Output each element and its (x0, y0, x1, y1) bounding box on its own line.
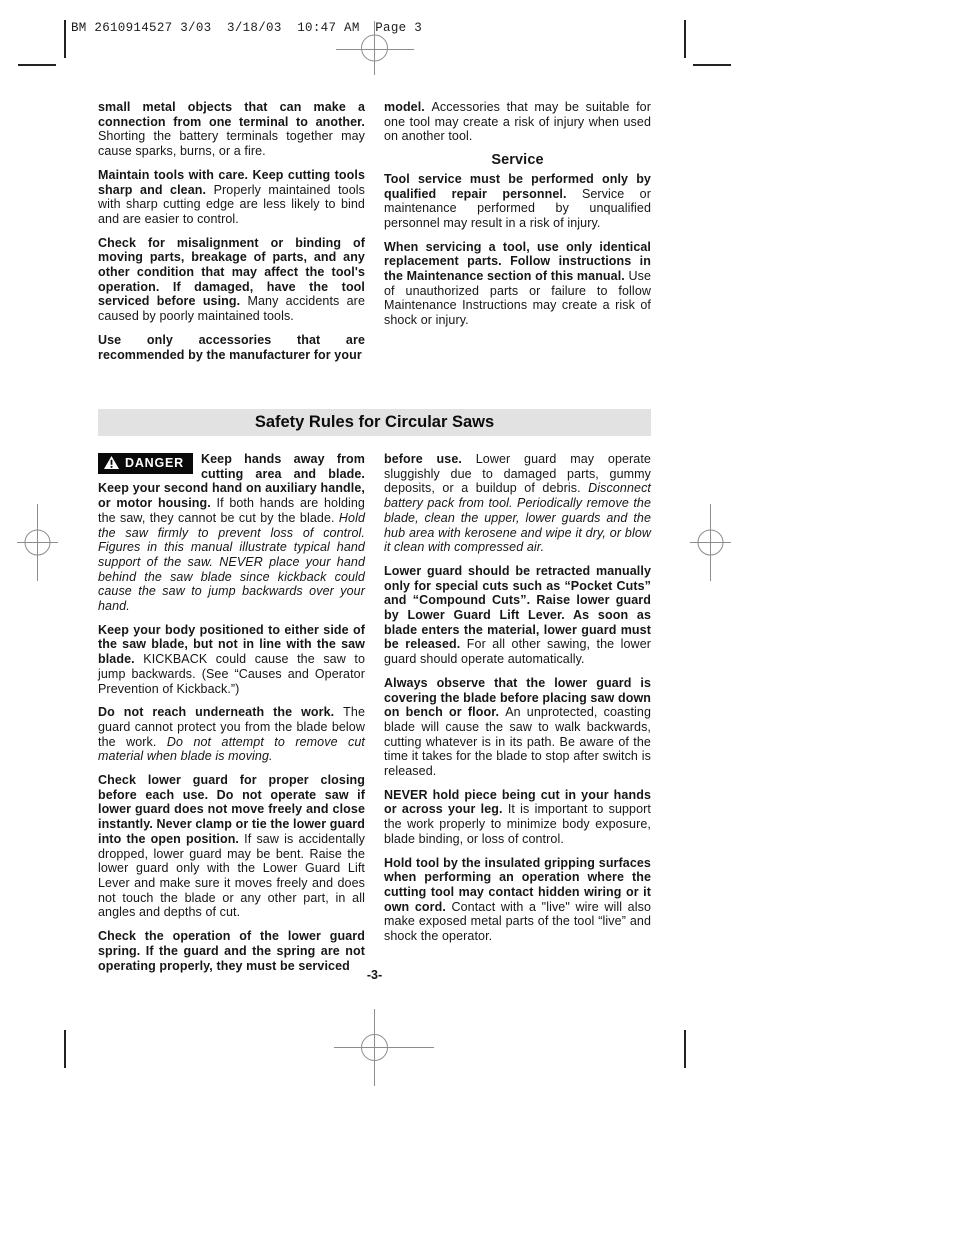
paragraph: Do not reach underneath the work. The gu… (98, 705, 365, 764)
paragraph: Keep your body positioned to either side… (98, 623, 365, 697)
danger-badge: DANGER (98, 453, 193, 474)
paragraph: before use. Lower guard may operate slug… (384, 452, 651, 555)
text-segment: Do not reach underneath the work. (98, 705, 343, 719)
text-column-right: before use. Lower guard may operate slug… (384, 452, 651, 982)
paragraph: Maintain tools with care. Keep cutting t… (98, 168, 365, 227)
text-segment: Check the operation of the lower guard s… (98, 929, 365, 972)
crop-mark (684, 20, 686, 58)
text-segment: model. (384, 100, 431, 114)
registration-mark-right (690, 504, 731, 581)
text-segment: Hold the saw firmly to prevent loss of c… (98, 511, 365, 613)
text-segment: small metal objects that can make a conn… (98, 100, 365, 129)
paragraph: Check for misalignment or binding of mov… (98, 236, 365, 324)
section-title-bar: Safety Rules for Circular Saws (98, 409, 651, 436)
paragraph: Use only accessories that are recommende… (98, 333, 365, 362)
service-heading: Service (384, 153, 651, 168)
text-segment: Service (491, 152, 543, 168)
paragraph: Lower guard should be retracted manually… (384, 564, 651, 667)
registration-mark-left (17, 504, 58, 581)
section-title: Safety Rules for Circular Saws (255, 413, 494, 431)
paragraph: When servicing a tool, use only identica… (384, 240, 651, 328)
paragraph: model. Accessories that may be suitable … (384, 100, 651, 144)
crop-mark (18, 64, 56, 66)
registration-mark-bottom (334, 1009, 434, 1086)
crop-mark (64, 20, 66, 58)
paragraph: Hold tool by the insulated gripping surf… (384, 856, 651, 944)
paragraph: NEVER hold piece being cut in your hands… (384, 788, 651, 847)
paragraph: Tool service must be performed only by q… (384, 172, 651, 231)
text-segment: Use only accessories that are recommende… (98, 333, 365, 362)
paragraph: DANGERKeep hands away from cutting area … (98, 452, 365, 614)
crop-mark (693, 64, 731, 66)
paragraph: Always observe that the lower guard is c… (384, 676, 651, 779)
text-segment: Shorting the battery terminals together … (98, 129, 365, 158)
circular-saw-rules-section: DANGERKeep hands away from cutting area … (98, 452, 651, 982)
text-column-right: model. Accessories that may be suitable … (384, 100, 651, 371)
danger-label: DANGER (125, 456, 184, 470)
text-column-left: DANGERKeep hands away from cutting area … (98, 452, 365, 982)
paragraph: small metal objects that can make a conn… (98, 100, 365, 159)
registration-mark-top (336, 21, 414, 75)
crop-mark (684, 1030, 686, 1068)
text-segment: When servicing a tool, use only identica… (384, 240, 651, 283)
text-segment: before use. (384, 452, 476, 466)
crop-mark (64, 1030, 66, 1068)
warning-triangle-icon (104, 456, 119, 469)
page-number: -3- (98, 968, 651, 982)
general-safety-section: small metal objects that can make a conn… (98, 100, 651, 371)
text-column-left: small metal objects that can make a conn… (98, 100, 365, 371)
paragraph: Check lower guard for proper closing bef… (98, 773, 365, 920)
paragraph: Check the operation of the lower guard s… (98, 929, 365, 973)
